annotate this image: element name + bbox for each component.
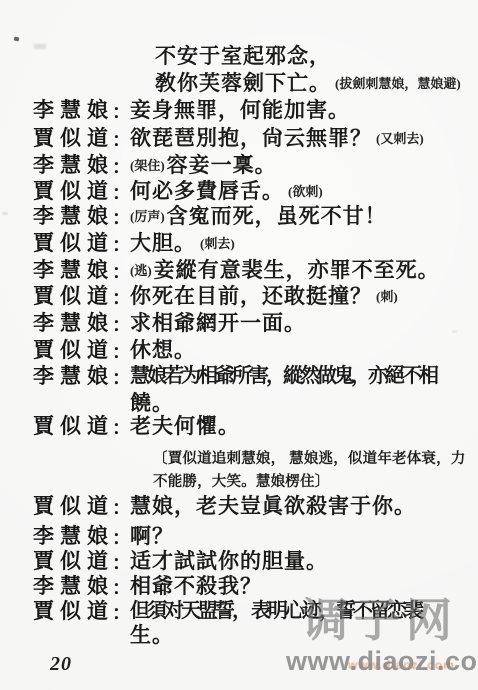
speaker-colon: ： [112, 554, 131, 573]
line-text-group: 老夫何懼。 [130, 416, 240, 437]
dialogue-text: 慧娘若为相爺所害，縱然做鬼，亦絕不相 [130, 365, 436, 387]
stage-note: (拔劍刺慧娘，慧娘避) [335, 76, 461, 91]
dialogue-text: 慧娘，老夫豈眞欲殺害于你。 [130, 494, 416, 518]
speaker-colon: ： [112, 316, 131, 335]
speaker-colon: ： [112, 103, 131, 122]
line-text-group: 不安于室起邪念， [155, 46, 331, 67]
stage-direction-text: 〔賈似道追刺慧娘， 慧娘逃，似道年老体衰，力 [153, 451, 466, 467]
speaker-colon: ： [112, 158, 131, 177]
scanned-script-page: 不安于室起邪念，敎你芙蓉劍下亡。(拔劍刺慧娘，慧娘避)李慧娘：妾身無罪，何能加害… [0, 0, 478, 690]
dialogue-text: 啊？ [130, 524, 174, 548]
dialogue-text-continuation: 饒。 [130, 391, 174, 415]
watermark-url: www.diaozi.com [286, 646, 478, 677]
speaker-colon: ： [112, 419, 131, 438]
stage-note: (架住) [130, 158, 165, 173]
line-text-group: 〔賈似道追刺慧娘， 慧娘逃，似道年老体衰，力 [153, 451, 466, 467]
stage-note: (刺去) [200, 236, 235, 251]
page-number: 20 [50, 653, 72, 676]
dialogue-text: 你死在目前，还敢挺撞？ [130, 284, 372, 308]
stage-note: (逃) [130, 263, 152, 278]
speaker-colon: ： [112, 604, 131, 623]
stage-note: (厉声) [130, 209, 165, 224]
speaker-colon: ： [112, 343, 131, 362]
dialogue-text: 敎你芙蓉劍下亡。 [155, 71, 331, 95]
dialogue-text: 适才試試你的胆量。 [130, 549, 328, 573]
stage-note: (欲刺) [288, 184, 323, 199]
speaker-name: 賈似道 [33, 551, 114, 572]
line-text-group: 大胆。(刺去) [130, 233, 235, 254]
speaker-colon: ： [112, 236, 131, 255]
speaker-colon: ： [112, 289, 131, 308]
scan-speck [34, 44, 46, 49]
stage-note: (又刺去) [376, 131, 424, 146]
line-text-group: 何必多費唇舌。(欲刺) [130, 181, 323, 202]
dialogue-text: 容妾一稟。 [167, 153, 277, 177]
line-text-group: (厉声)含寃而死，虽死不甘！ [130, 206, 387, 227]
speaker-name: 李慧娘 [33, 260, 114, 281]
scan-speck [14, 37, 20, 42]
dialogue-text: 妾身無罪，何能加害。 [130, 98, 350, 122]
speaker-name: 李慧娘 [33, 366, 114, 387]
speaker-colon: ： [112, 131, 131, 150]
line-text-group: 啊？ [130, 526, 174, 547]
dialogue-text: 不安于室起邪念， [155, 44, 331, 68]
speaker-name: 賈似道 [33, 601, 114, 622]
scan-speck [452, 330, 457, 333]
speaker-name: 賈似道 [33, 233, 114, 254]
dialogue-text: 妾縱有意裴生，亦罪不至死。 [154, 258, 440, 282]
line-text-group: 不能勝，大笑。慧娘楞住〕 [153, 474, 329, 490]
scan-speck [2, 212, 8, 215]
line-text-group: 妾身無罪，何能加害。 [130, 100, 350, 121]
speaker-colon: ： [112, 369, 131, 388]
speaker-colon: ： [112, 529, 131, 548]
line-text-group: 饒。 [130, 393, 174, 414]
speaker-colon: ： [112, 263, 131, 282]
dialogue-text: 何必多費唇舌。 [130, 179, 284, 203]
line-text-group: 生。 [130, 625, 174, 646]
line-text-group: 慧娘，老夫豈眞欲殺害于你。 [130, 496, 416, 517]
dialogue-text: 欲琵琶別抱，尙云無罪？ [130, 126, 372, 150]
speaker-name: 賈似道 [33, 340, 114, 361]
line-text-group: (架住)容妾一稟。 [130, 155, 277, 176]
speaker-name: 李慧娘 [33, 155, 114, 176]
speaker-colon: ： [112, 579, 131, 598]
dialogue-text: 老夫何懼。 [130, 414, 240, 438]
dialogue-text: 休想。 [130, 338, 196, 362]
speaker-name: 李慧娘 [33, 100, 114, 121]
speaker-colon: ： [112, 184, 131, 203]
speaker-name: 賈似道 [33, 286, 114, 307]
line-text-group: 适才試試你的胆量。 [130, 551, 328, 572]
stage-direction-text: 不能勝，大笑。慧娘楞住〕 [153, 474, 329, 490]
speaker-colon: ： [112, 499, 131, 518]
line-text-group: 休想。 [130, 340, 196, 361]
watermark-sitename: 调子网 [302, 584, 458, 650]
dialogue-text-continuation: 生。 [130, 623, 174, 647]
speaker-name: 賈似道 [33, 181, 114, 202]
dialogue-text: 含寃而死，虽死不甘！ [167, 204, 387, 228]
dialogue-text: 相爺不殺我？ [130, 574, 262, 598]
dialogue-text: 大胆。 [130, 231, 196, 255]
line-text-group: 敎你芙蓉劍下亡。(拔劍刺慧娘，慧娘避) [155, 73, 461, 94]
line-text-group: 欲琵琶別抱，尙云無罪？(又刺去) [130, 128, 424, 149]
speaker-name: 賈似道 [33, 496, 114, 517]
line-text-group: (逃)妾縱有意裴生，亦罪不至死。 [130, 260, 440, 281]
line-text-group: 慧娘若为相爺所害，縱然做鬼，亦絕不相 [130, 366, 436, 386]
line-text-group: 你死在目前，还敢挺撞？(刺) [130, 286, 398, 307]
speaker-colon: ： [112, 209, 131, 228]
dialogue-text: 求相爺網开一面。 [130, 311, 306, 335]
stage-note: (刺) [376, 289, 398, 304]
speaker-name: 李慧娘 [33, 526, 114, 547]
line-text-group: 相爺不殺我？ [130, 576, 262, 597]
line-text-group: 求相爺網开一面。 [130, 313, 306, 334]
speaker-name: 李慧娘 [33, 576, 114, 597]
speaker-name: 賈似道 [33, 416, 114, 437]
speaker-name: 李慧娘 [33, 206, 114, 227]
speaker-name: 賈似道 [33, 128, 114, 149]
speaker-name: 李慧娘 [33, 313, 114, 334]
